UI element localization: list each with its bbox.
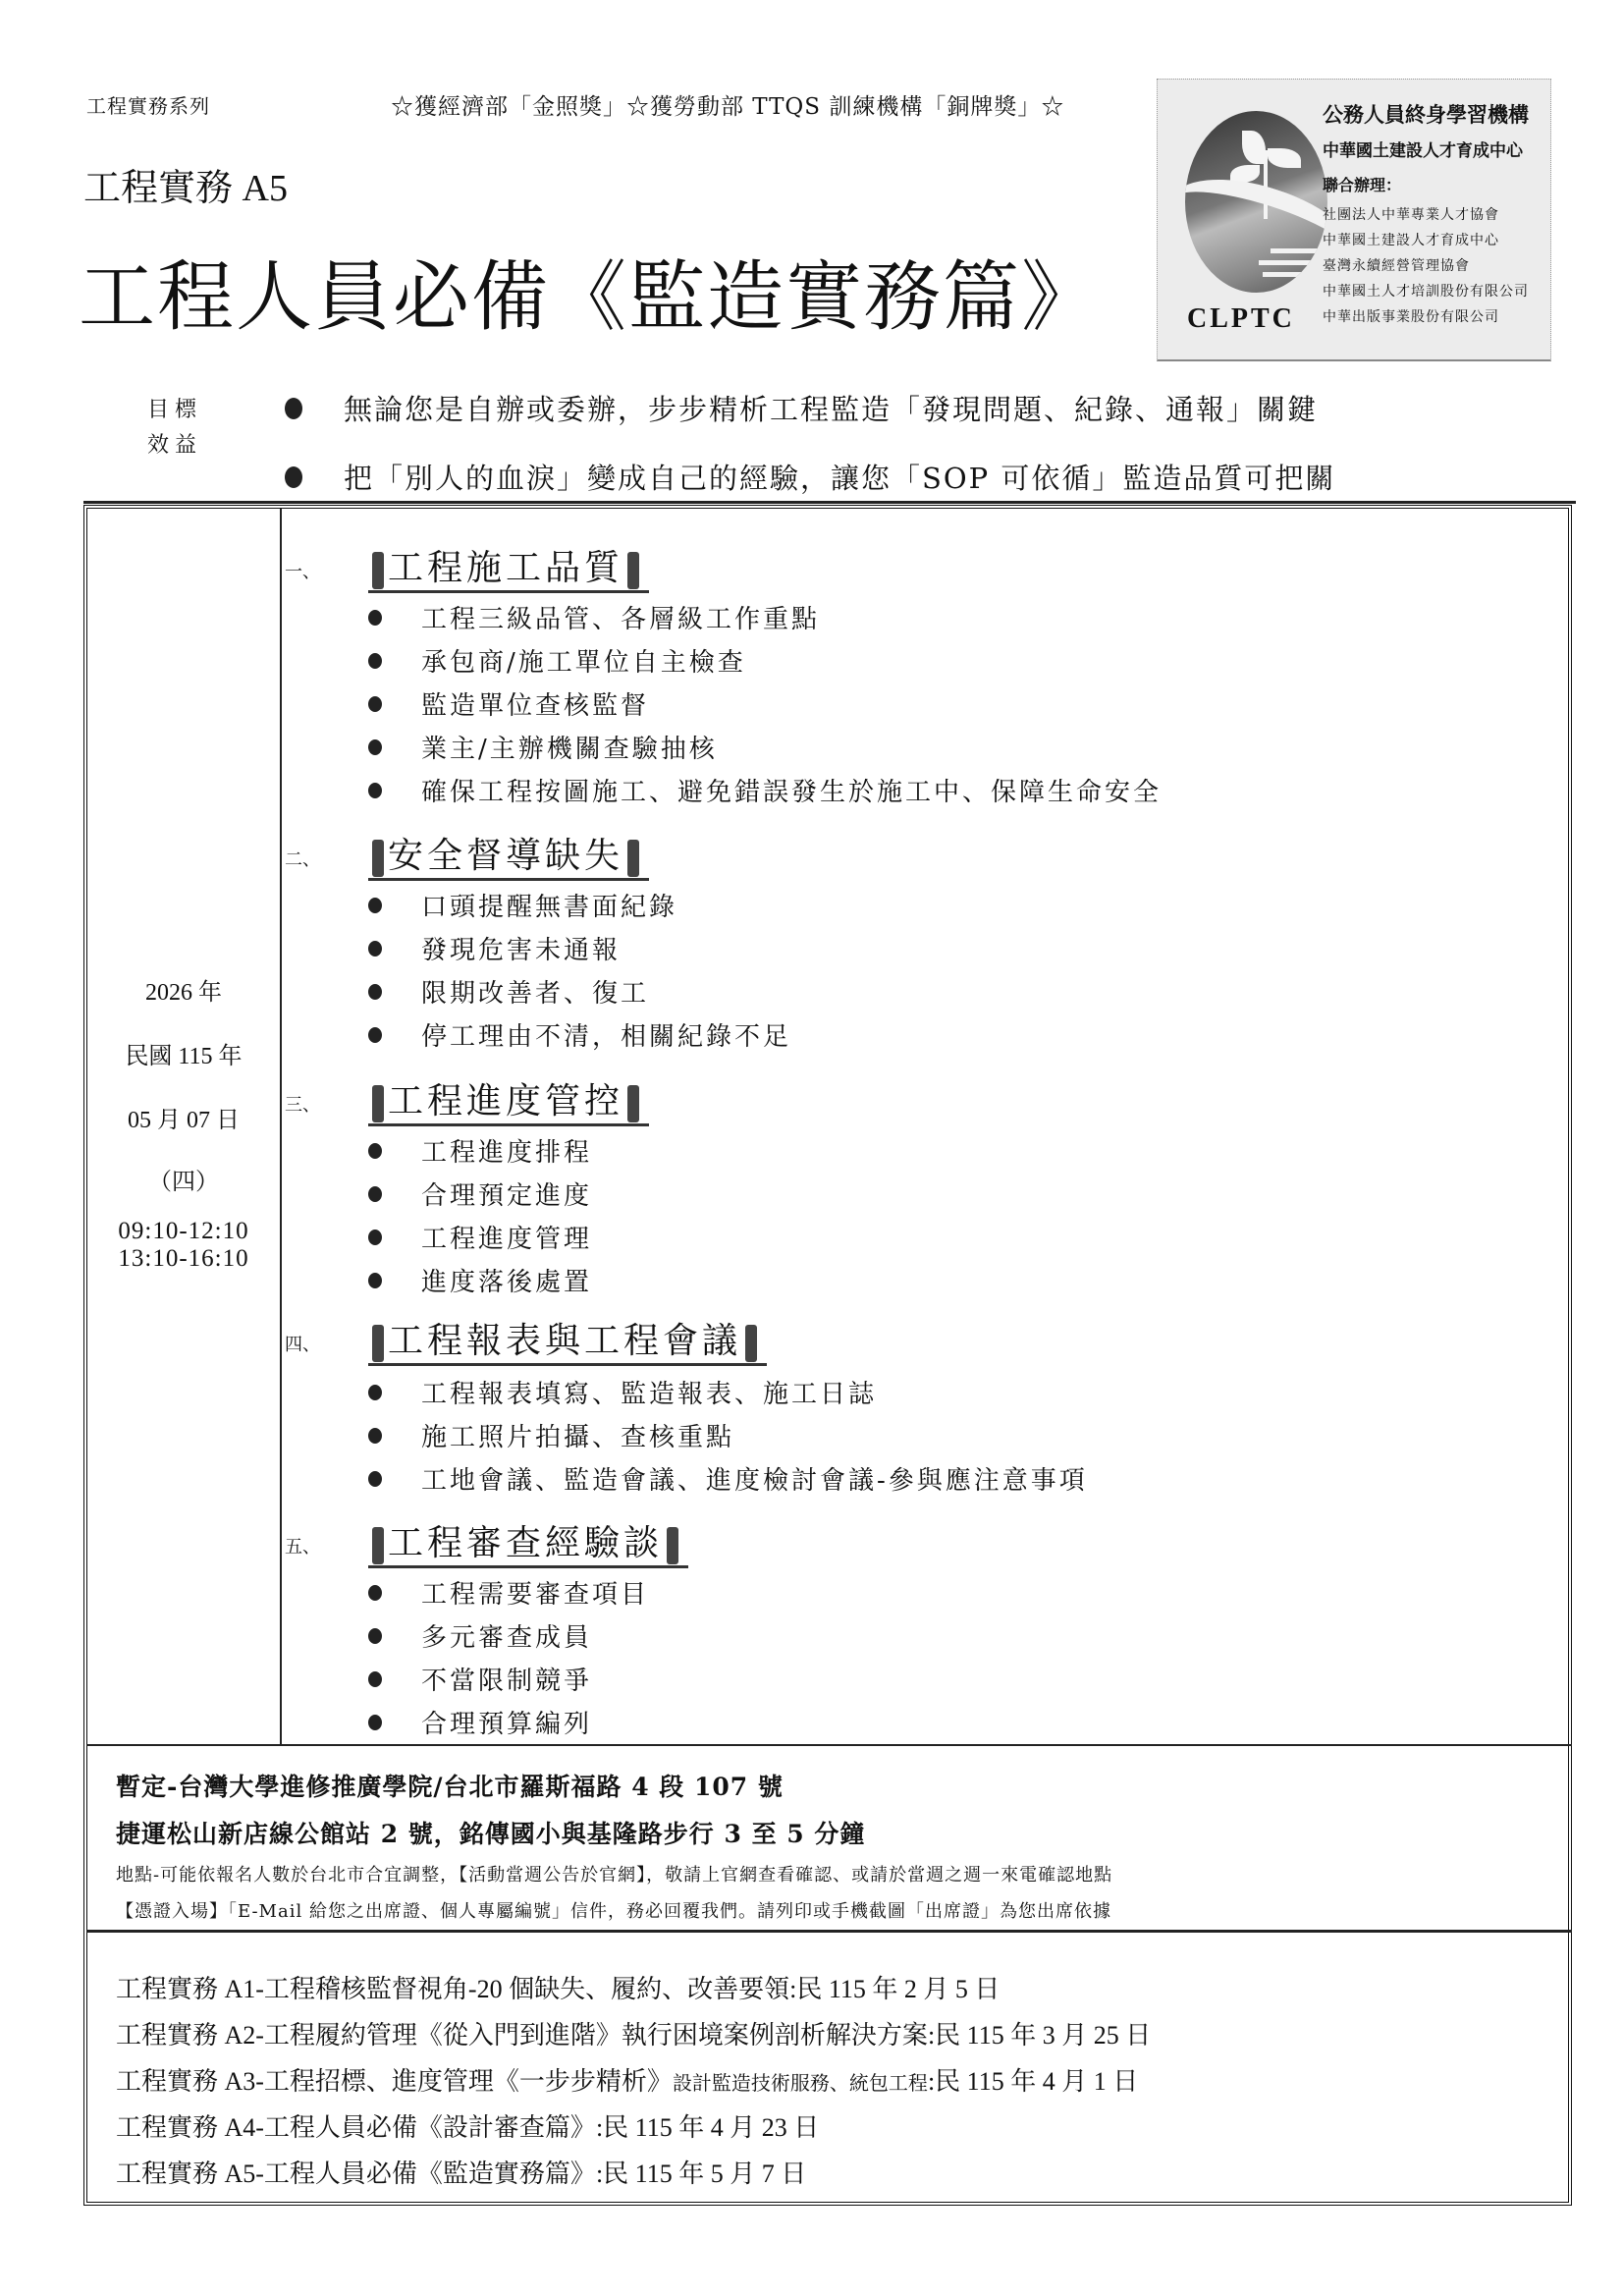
partner-item: 中華出版事業股份有限公司 [1323, 304, 1529, 330]
partner-item: 社團法人中華專業人才協會 [1323, 202, 1529, 228]
logo-abbreviation: CLPTC [1187, 303, 1295, 335]
time-morning: 09:10-12:10 [90, 1218, 277, 1245]
sprout-logo-icon [1185, 111, 1327, 293]
bracket-right-icon [627, 840, 639, 877]
bullet-icon [368, 941, 382, 957]
bullet-icon [368, 1585, 382, 1601]
bullet-icon [368, 739, 382, 755]
list-item: 確保工程按圖施工、避免錯誤發生於施工中、保障生命安全 [368, 772, 1162, 808]
joint-organizers-label: 聯合辦理： [1323, 173, 1401, 195]
bullet-icon [368, 653, 382, 669]
bullet-icon [368, 1230, 382, 1245]
list-item: 工程進度排程 [368, 1132, 592, 1169]
partner-list: 社團法人中華專業人才協會 中華國土建設人才育成中心 臺灣永續經營管理協會 中華國… [1323, 202, 1529, 330]
section-number: 二、 [285, 846, 320, 871]
list-item: 發現危害未通報 [368, 930, 621, 966]
venue-directions: 捷運松山新店線公館站 2 號，銘傳國小與基隆路步行 3 至 5 分鐘 [116, 1815, 865, 1850]
year-ad: 2026 年 [90, 972, 277, 1007]
list-item: 工地會議、監造會議、進度檢討會議-參與應注意事項 [368, 1460, 1088, 1497]
bracket-right-icon [627, 552, 639, 589]
divider [83, 501, 1576, 504]
event-date: 05 月 07 日 [90, 1100, 277, 1134]
time-afternoon: 13:10-16:10 [90, 1245, 277, 1273]
bullet-icon [368, 1471, 382, 1487]
bracket-left-icon [372, 840, 384, 877]
divider [86, 1744, 1572, 1746]
list-item: 不當限制競爭 [368, 1661, 592, 1697]
section-number: 四、 [285, 1331, 320, 1356]
partner-item: 臺灣永續經營管理協會 [1323, 253, 1529, 279]
section-title: 工程進度管控 [368, 1073, 649, 1126]
course-code: 工程實務 A5 [83, 157, 288, 211]
section-title: 工程審查經驗談 [368, 1515, 688, 1568]
list-item: 監造單位查核監督 [368, 685, 649, 722]
bracket-left-icon [372, 1527, 384, 1564]
bullet-icon [368, 1715, 382, 1730]
awards-banner: ☆獲經濟部「金照獎」☆獲勞動部 TTQS 訓練機構「銅牌獎」☆ [391, 88, 1064, 121]
bracket-left-icon [372, 1085, 384, 1122]
objective-item: 無論您是自辦或委辦，步步精析工程監造「發現問題、紀錄、通報」關鍵 [285, 388, 1318, 428]
admission-note: 【憑證入場】「E-Mail 給您之出席證、個人專屬編號」信件，務必回覆我們。請列… [116, 1897, 1111, 1923]
section-title: 安全督導缺失 [368, 828, 649, 881]
bracket-right-icon [627, 1085, 639, 1122]
weekday: （四） [90, 1162, 277, 1196]
list-item: 口頭提醒無書面紀錄 [368, 887, 677, 923]
section-number: 五、 [285, 1533, 320, 1558]
bracket-left-icon [372, 552, 384, 589]
list-item: 停工理由不清，相關紀錄不足 [368, 1016, 791, 1053]
bullet-icon [368, 1428, 382, 1444]
series-item: 工程實務 A2-工程履約管理《從入門到進階》執行困境案例剖析解決方案:民 115… [116, 2015, 1151, 2051]
list-item: 工程三級品管、各層級工作重點 [368, 599, 820, 635]
list-item: 工程報表填寫、監造報表、施工日誌 [368, 1374, 877, 1410]
bullet-icon [368, 1186, 382, 1202]
venue-note: 地點-可能依報名人數於台北市合宜調整，【活動當週公告於官網】，敬請上官網查看確認… [116, 1861, 1112, 1886]
bullet-icon [368, 984, 382, 1000]
partner-item: 中華國土建設人才育成中心 [1323, 228, 1529, 253]
bullet-icon [368, 1671, 382, 1687]
partner-item: 中華國土人才培訓股份有限公司 [1323, 279, 1529, 304]
list-item: 工程進度管理 [368, 1219, 592, 1255]
bracket-left-icon [372, 1325, 384, 1362]
list-item: 進度落後處置 [368, 1262, 592, 1298]
section-title: 工程報表與工程會議 [368, 1313, 767, 1366]
bullet-icon [368, 1027, 382, 1043]
list-item: 合理預算編列 [368, 1704, 592, 1740]
series-item: 工程實務 A4-工程人員必備《設計審查篇》:民 115 年 4 月 23 日 [116, 2107, 819, 2144]
list-item: 多元審查成員 [368, 1617, 592, 1654]
schedule-block: 2026 年 民國 115 年 05 月 07 日 （四） 09:10-12:1… [90, 972, 277, 1273]
organization-logo-box: CLPTC 公務人員終身學習機構 中華國土建設人才育成中心 聯合辦理： 社團法人… [1157, 79, 1551, 361]
bullet-icon [368, 783, 382, 798]
venue-address: 暫定-台灣大學進修推廣學院/台北市羅斯福路 4 段 107 號 [116, 1768, 784, 1803]
list-item: 承包商/施工單位自主檢查 [368, 642, 746, 679]
bullet-icon [368, 1628, 382, 1644]
list-item: 施工照片拍攝、查核重點 [368, 1417, 734, 1453]
column-divider [280, 509, 282, 1744]
series-item: 工程實務 A3-工程招標、進度管理《一步步精析》設計監造技術服務、統包工程:民 … [116, 2061, 1138, 2098]
objective-item: 把「別人的血淚」變成自己的經驗，讓您「SOP 可依循」監造品質可把關 [285, 457, 1335, 497]
page-title: 工程人員必備《監造實務篇》 [79, 236, 1100, 346]
divider [86, 1930, 1572, 1933]
list-item: 工程需要審查項目 [368, 1574, 649, 1611]
bullet-icon [368, 1143, 382, 1159]
bullet-icon [368, 1385, 382, 1400]
bullet-icon [368, 1273, 382, 1288]
list-item: 限期改善者、復工 [368, 973, 649, 1010]
bracket-right-icon [745, 1325, 757, 1362]
list-item: 業主/主辦機關查驗抽核 [368, 729, 718, 765]
bracket-right-icon [667, 1527, 678, 1564]
list-item: 合理預定進度 [368, 1175, 592, 1212]
section-number: 三、 [285, 1091, 320, 1117]
bullet-icon [285, 466, 302, 488]
section-number: 一、 [285, 558, 320, 583]
bullet-icon [285, 398, 302, 419]
series-label: 工程實務系列 [86, 90, 210, 119]
series-item: 工程實務 A5-工程人員必備《監造實務篇》:民 115 年 5 月 7 日 [116, 2154, 806, 2190]
year-roc: 民國 115 年 [90, 1036, 277, 1070]
objectives-label: 目標效益 [145, 393, 204, 464]
bullet-icon [368, 610, 382, 626]
bullet-icon [368, 898, 382, 913]
logo-org-subname: 中華國土建設人才育成中心 [1323, 137, 1523, 161]
series-item: 工程實務 A1-工程稽核監督視角-20 個缺失、履約、改善要領:民 115 年 … [116, 1969, 1000, 2005]
section-title: 工程施工品質 [368, 540, 649, 593]
bullet-icon [368, 696, 382, 712]
logo-org-name: 公務人員終身學習機構 [1323, 99, 1529, 129]
